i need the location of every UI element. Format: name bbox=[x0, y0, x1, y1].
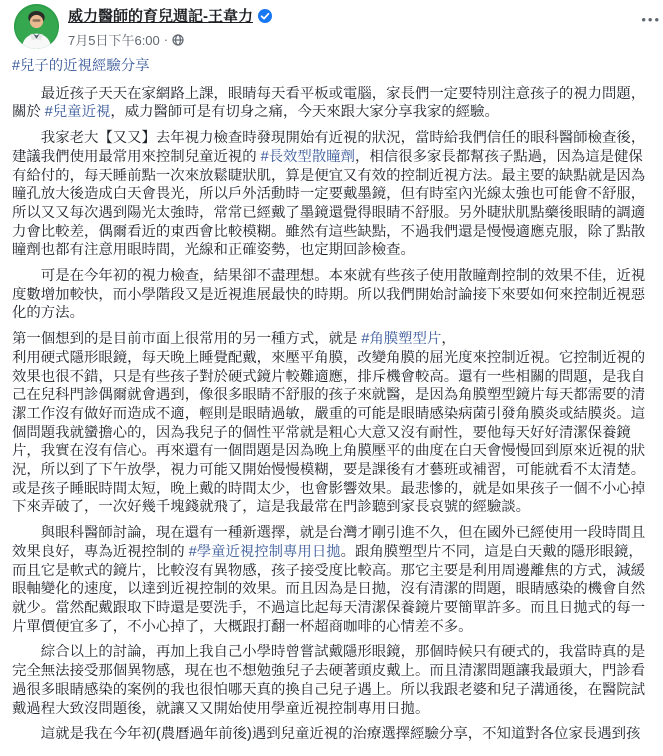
post-paragraph: 可是在今年初的視力檢查，結果卻不盡理想。本來就有些孩子使用散瞳劑控制的效果不佳，… bbox=[12, 267, 653, 323]
post-header: 威力醫師的育兒週記-王韋力 7月5日下午6:00 · ••• bbox=[0, 0, 663, 49]
page-avatar[interactable] bbox=[14, 4, 59, 49]
hashtag-link[interactable]: #學童近視控制專用日拋 bbox=[189, 544, 341, 560]
hashtag-link[interactable]: #兒童近視 bbox=[45, 104, 111, 120]
post-header-meta: 威力醫師的育兒週記-王韋力 7月5日下午6:00 · bbox=[68, 4, 272, 49]
post-meta-row: 7月5日下午6:00 · bbox=[68, 30, 272, 49]
hashtag-link[interactable]: #長效型散瞳劑 bbox=[261, 149, 355, 165]
text-run: 綜合以上的討論，再加上我自己小學時曾嘗試戴隱形眼鏡，那個時候只有硬式的，我當時真… bbox=[12, 644, 645, 716]
text-run: 利用硬式隱形眼鏡，每天晚上睡覺配戴，來壓平角膜，改變角膜的屈光度來控制近視。它控… bbox=[12, 350, 645, 516]
facebook-post: 威力醫師的育兒週記-王韋力 7月5日下午6:00 · ••• #兒子的近視經驗分… bbox=[0, 0, 663, 756]
post-paragraph: 這就是我在今年初(農曆過年前後)遇到兒童近視的治療選擇經驗分享，不知道對各位家長… bbox=[12, 725, 653, 744]
post-paragraph: 我家老大【又又】去年視力檢查時發現開始有近視的狀況，當時給我們信任的眼科醫師檢查… bbox=[12, 129, 653, 260]
text-run: ，相信很多家長都幫孩子點過，因為這是健保有給付的，每天睡前點一次來放鬆睫狀肌，算… bbox=[12, 149, 645, 259]
hashtag-link[interactable]: #角膜塑型片 bbox=[361, 331, 441, 347]
text-run: 可是在今年初的視力檢查，結果卻不盡理想。本來就有些孩子使用散瞳劑控制的效果不佳，… bbox=[12, 268, 645, 321]
text-run: 這就是我在今年初(農曆過年前後)遇到兒童近視的治療選擇經驗分享，不知道對各位家長… bbox=[41, 726, 641, 742]
page-name-link[interactable]: 威力醫師的育兒週記-王韋力 bbox=[68, 5, 253, 26]
doctor-avatar-image bbox=[14, 4, 59, 49]
meta-separator: · bbox=[164, 32, 168, 47]
page-name-row: 威力醫師的育兒週記-王韋力 bbox=[68, 5, 272, 26]
verified-badge-icon bbox=[258, 9, 272, 23]
more-options-button[interactable]: ••• bbox=[641, 13, 661, 27]
post-paragraph: 與眼科醫師討論，現在還有一種新選擇，就是台灣才剛引進不久，但在國外已經使用一段時… bbox=[12, 524, 653, 636]
text-run: 第一個想到的是目前市面上很常用的另一種方式，就是 bbox=[12, 331, 361, 347]
text-run: ，威力醫師可是有切身之痛，今天來跟大家分享我家的經驗。 bbox=[110, 104, 499, 120]
post-body: #兒子的近視經驗分享 最近孩子天天在家網路上課，眼睛每天看平板或電腦，家長們一定… bbox=[0, 57, 663, 744]
post-title-hashtag-link[interactable]: #兒子的近視經驗分享 bbox=[12, 58, 150, 74]
post-paragraph: 最近孩子天天在家網路上課，眼睛每天看平板或電腦，家長們一定要特別注意孩子的視力問… bbox=[12, 85, 653, 122]
post-paragraph: 第一個想到的是目前市面上很常用的另一種方式，就是 #角膜塑型片，利用硬式隱形眼鏡… bbox=[12, 330, 653, 517]
post-paragraph: 綜合以上的討論，再加上我自己小學時曾嘗試戴隱形眼鏡，那個時候只有硬式的，我當時真… bbox=[12, 643, 653, 718]
text-run: ， bbox=[441, 331, 455, 347]
post-timestamp[interactable]: 7月5日下午6:00 bbox=[68, 30, 160, 49]
globe-icon bbox=[172, 34, 184, 46]
post-title-line: #兒子的近視經驗分享 bbox=[12, 57, 653, 76]
